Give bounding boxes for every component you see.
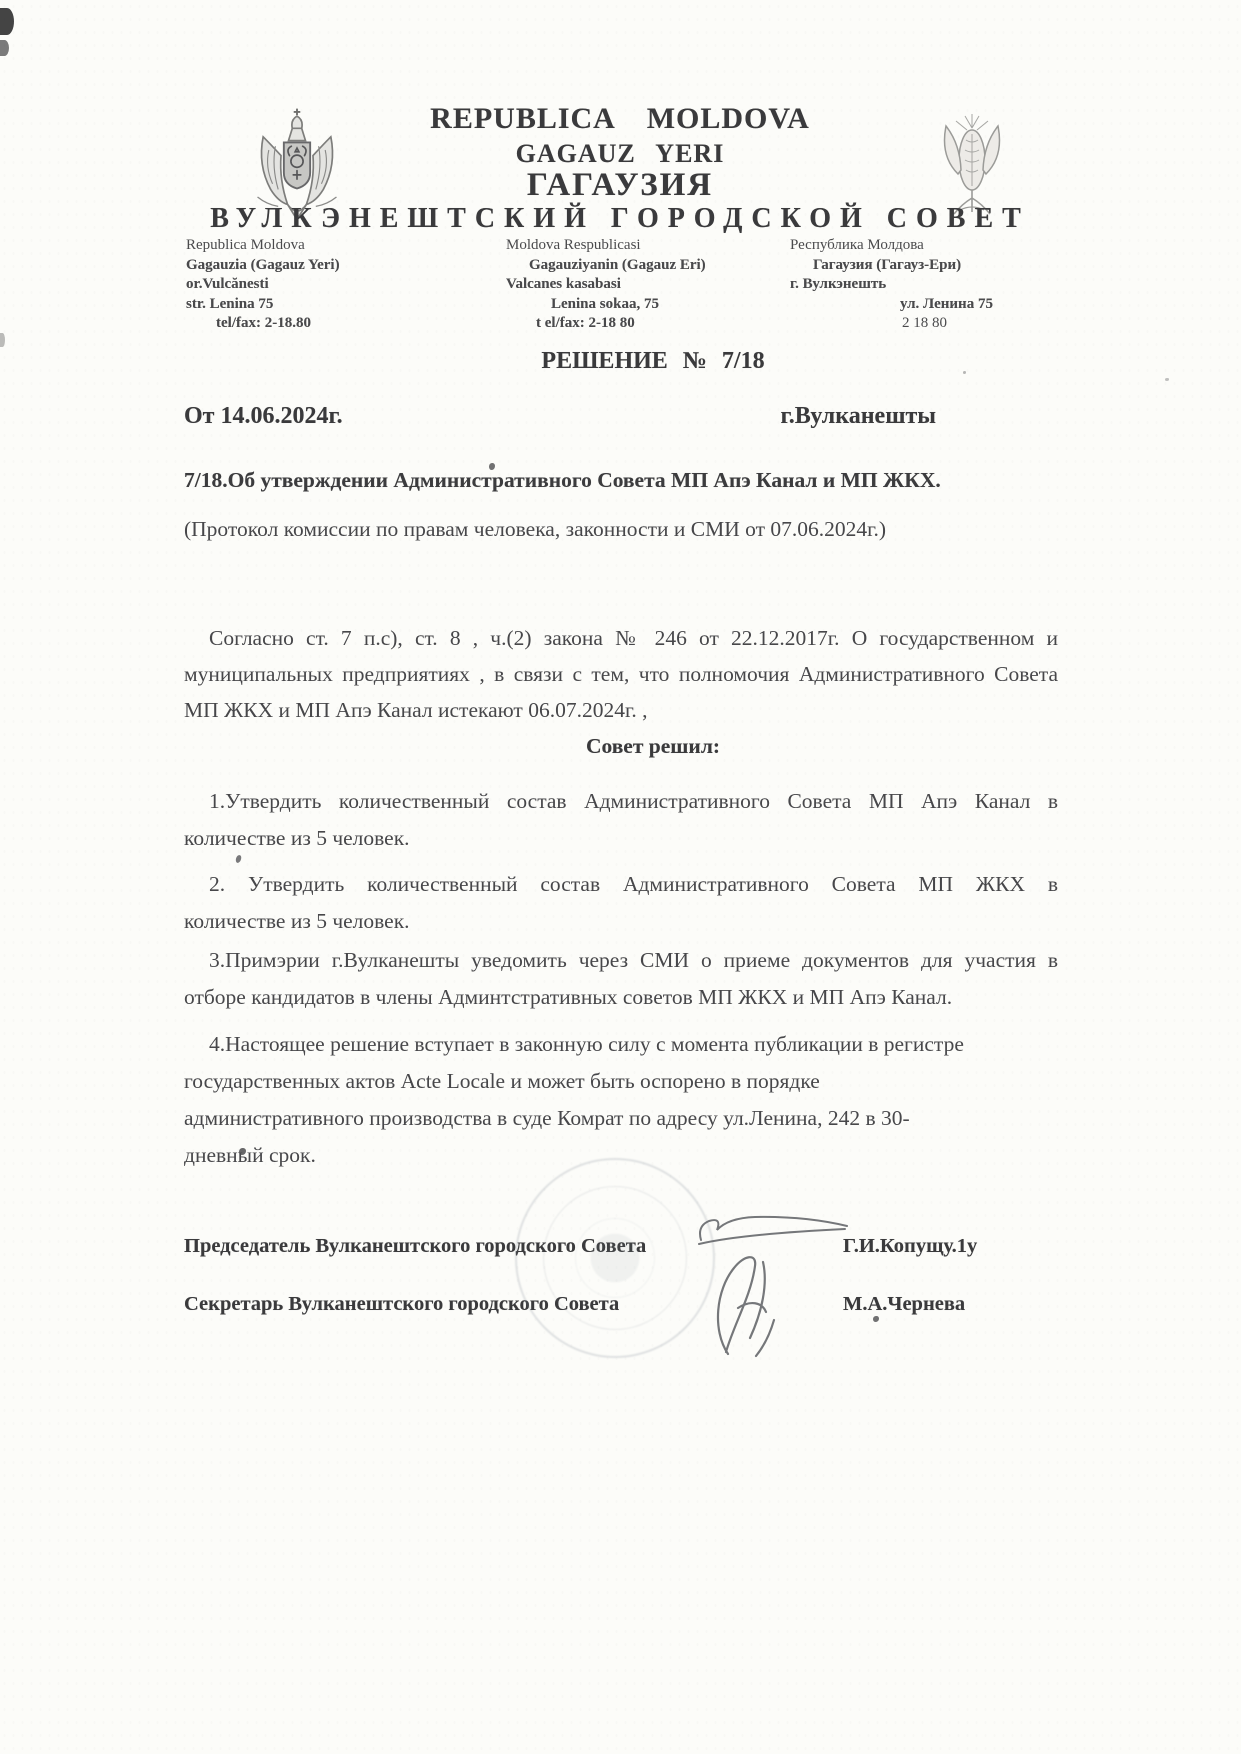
address-line: Republica Moldova: [186, 236, 434, 256]
item-line: отборе кандидатов в члены Админтстративн…: [184, 979, 1058, 1016]
preamble-line: муниципальных предприятиях , в связи с т…: [184, 656, 1058, 692]
address-line: or.Vulcănesti: [186, 275, 434, 295]
resolution-item-3: 3.Примэрии г.Вулканешты уведомить через …: [184, 942, 1058, 1016]
chairman-name: Г.И.Копущу.1у: [843, 1226, 1058, 1266]
address-line: Республика Молдова: [790, 236, 1064, 256]
item-line: 2. Утвердить количественный состав Админ…: [184, 866, 1058, 903]
header-city-council: ВУЛКЭНЕШТСКИЙ ГОРОДСКОЙ СОВЕТ: [180, 203, 1060, 235]
address-column-romanian: Republica Moldova Gagauzia (Gagauz Yeri)…: [186, 236, 434, 334]
document-page: REPUBLICA MOLDOVA GAGAUZ YERI ГАГАУЗИЯ В…: [0, 0, 1241, 1754]
address-line: str. Lenina 75: [186, 295, 434, 315]
scan-artifact: [0, 40, 9, 56]
address-line: tel/fax: 2-18.80: [186, 314, 434, 334]
address-column-gagauz: Moldova Respublicasi Gagauziyanin (Gagau…: [506, 236, 756, 334]
item-line: количестве из 5 человек.: [184, 903, 1058, 940]
item-line: государственных актов Acte Locale и може…: [184, 1063, 1058, 1100]
scan-artifact: [0, 333, 5, 347]
item-line: 3.Примэрии г.Вулканешты уведомить через …: [184, 942, 1058, 979]
resolution-item-1: 1.Утвердить количественный состав Админи…: [184, 783, 1058, 857]
resolution-item-2: 2. Утвердить количественный состав Админ…: [184, 866, 1058, 940]
scan-artifact: [0, 8, 14, 35]
address-line: Moldova Respublicasi: [506, 236, 756, 256]
address-line: Gagauzia (Gagauz Yeri): [186, 256, 434, 276]
address-line: Gagauziyanin (Gagauz Eri): [506, 256, 756, 276]
header-gagauz-yeri: GAGAUZ YERI: [180, 139, 1060, 169]
chairman-signature-icon: [695, 1208, 855, 1256]
address-line: 2 18 80: [790, 314, 1064, 334]
item-line: административного производства в суде Ко…: [184, 1100, 1058, 1137]
protocol-note: (Протокол комиссии по правам человека, з…: [184, 517, 1058, 542]
address-column-russian: Республика Молдова Гагаузия (Гагауз-Ери)…: [790, 236, 1064, 334]
decision-place: г.Вулканешты: [781, 403, 936, 430]
address-block: Republica Moldova Gagauzia (Gagauz Yeri)…: [186, 236, 1064, 334]
round-seal-stamp-icon: [515, 1158, 715, 1358]
dateline: От 14.06.2024г. г.Вулканешты: [184, 403, 1058, 430]
preamble-line: Согласно ст. 7 п.с), ст. 8 , ч.(2) закон…: [184, 620, 1058, 656]
decision-date: От 14.06.2024г.: [184, 403, 343, 430]
address-line: г. Вулкэнешть: [790, 275, 1064, 295]
decision-subject: 7/18.Об утверждении Административного Со…: [184, 468, 1058, 493]
decision-title: РЕШЕНИЕ № 7/18: [216, 348, 1090, 375]
scan-speck: [1165, 378, 1169, 381]
item-line: количестве из 5 человек.: [184, 820, 1058, 857]
preamble-line: МП ЖКХ и МП Апэ Канал истекают 06.07.202…: [184, 692, 1058, 728]
address-line: Lenina sokaa, 75: [506, 295, 756, 315]
address-line: t el/fax: 2-18 80: [506, 314, 756, 334]
header-republic: REPUBLICA MOLDOVA: [180, 102, 1060, 136]
secretary-signature-icon: [704, 1250, 808, 1360]
address-line: ул. Ленина 75: [790, 295, 1064, 315]
address-line: Valcanes kasabasi: [506, 275, 756, 295]
item-line: 1.Утвердить количественный состав Админи…: [184, 783, 1058, 820]
address-line: Гагаузия (Гагауз-Ери): [790, 256, 1064, 276]
resolution-item-4: 4.Настоящее решение вступает в законную …: [184, 1026, 1058, 1174]
preamble-paragraph: Согласно ст. 7 п.с), ст. 8 , ч.(2) закон…: [184, 620, 1058, 728]
item-line: 4.Настоящее решение вступает в законную …: [184, 1026, 1058, 1063]
resolved-heading: Совет решил:: [216, 728, 1090, 765]
header-gagauzia: ГАГАУЗИЯ: [180, 167, 1060, 204]
